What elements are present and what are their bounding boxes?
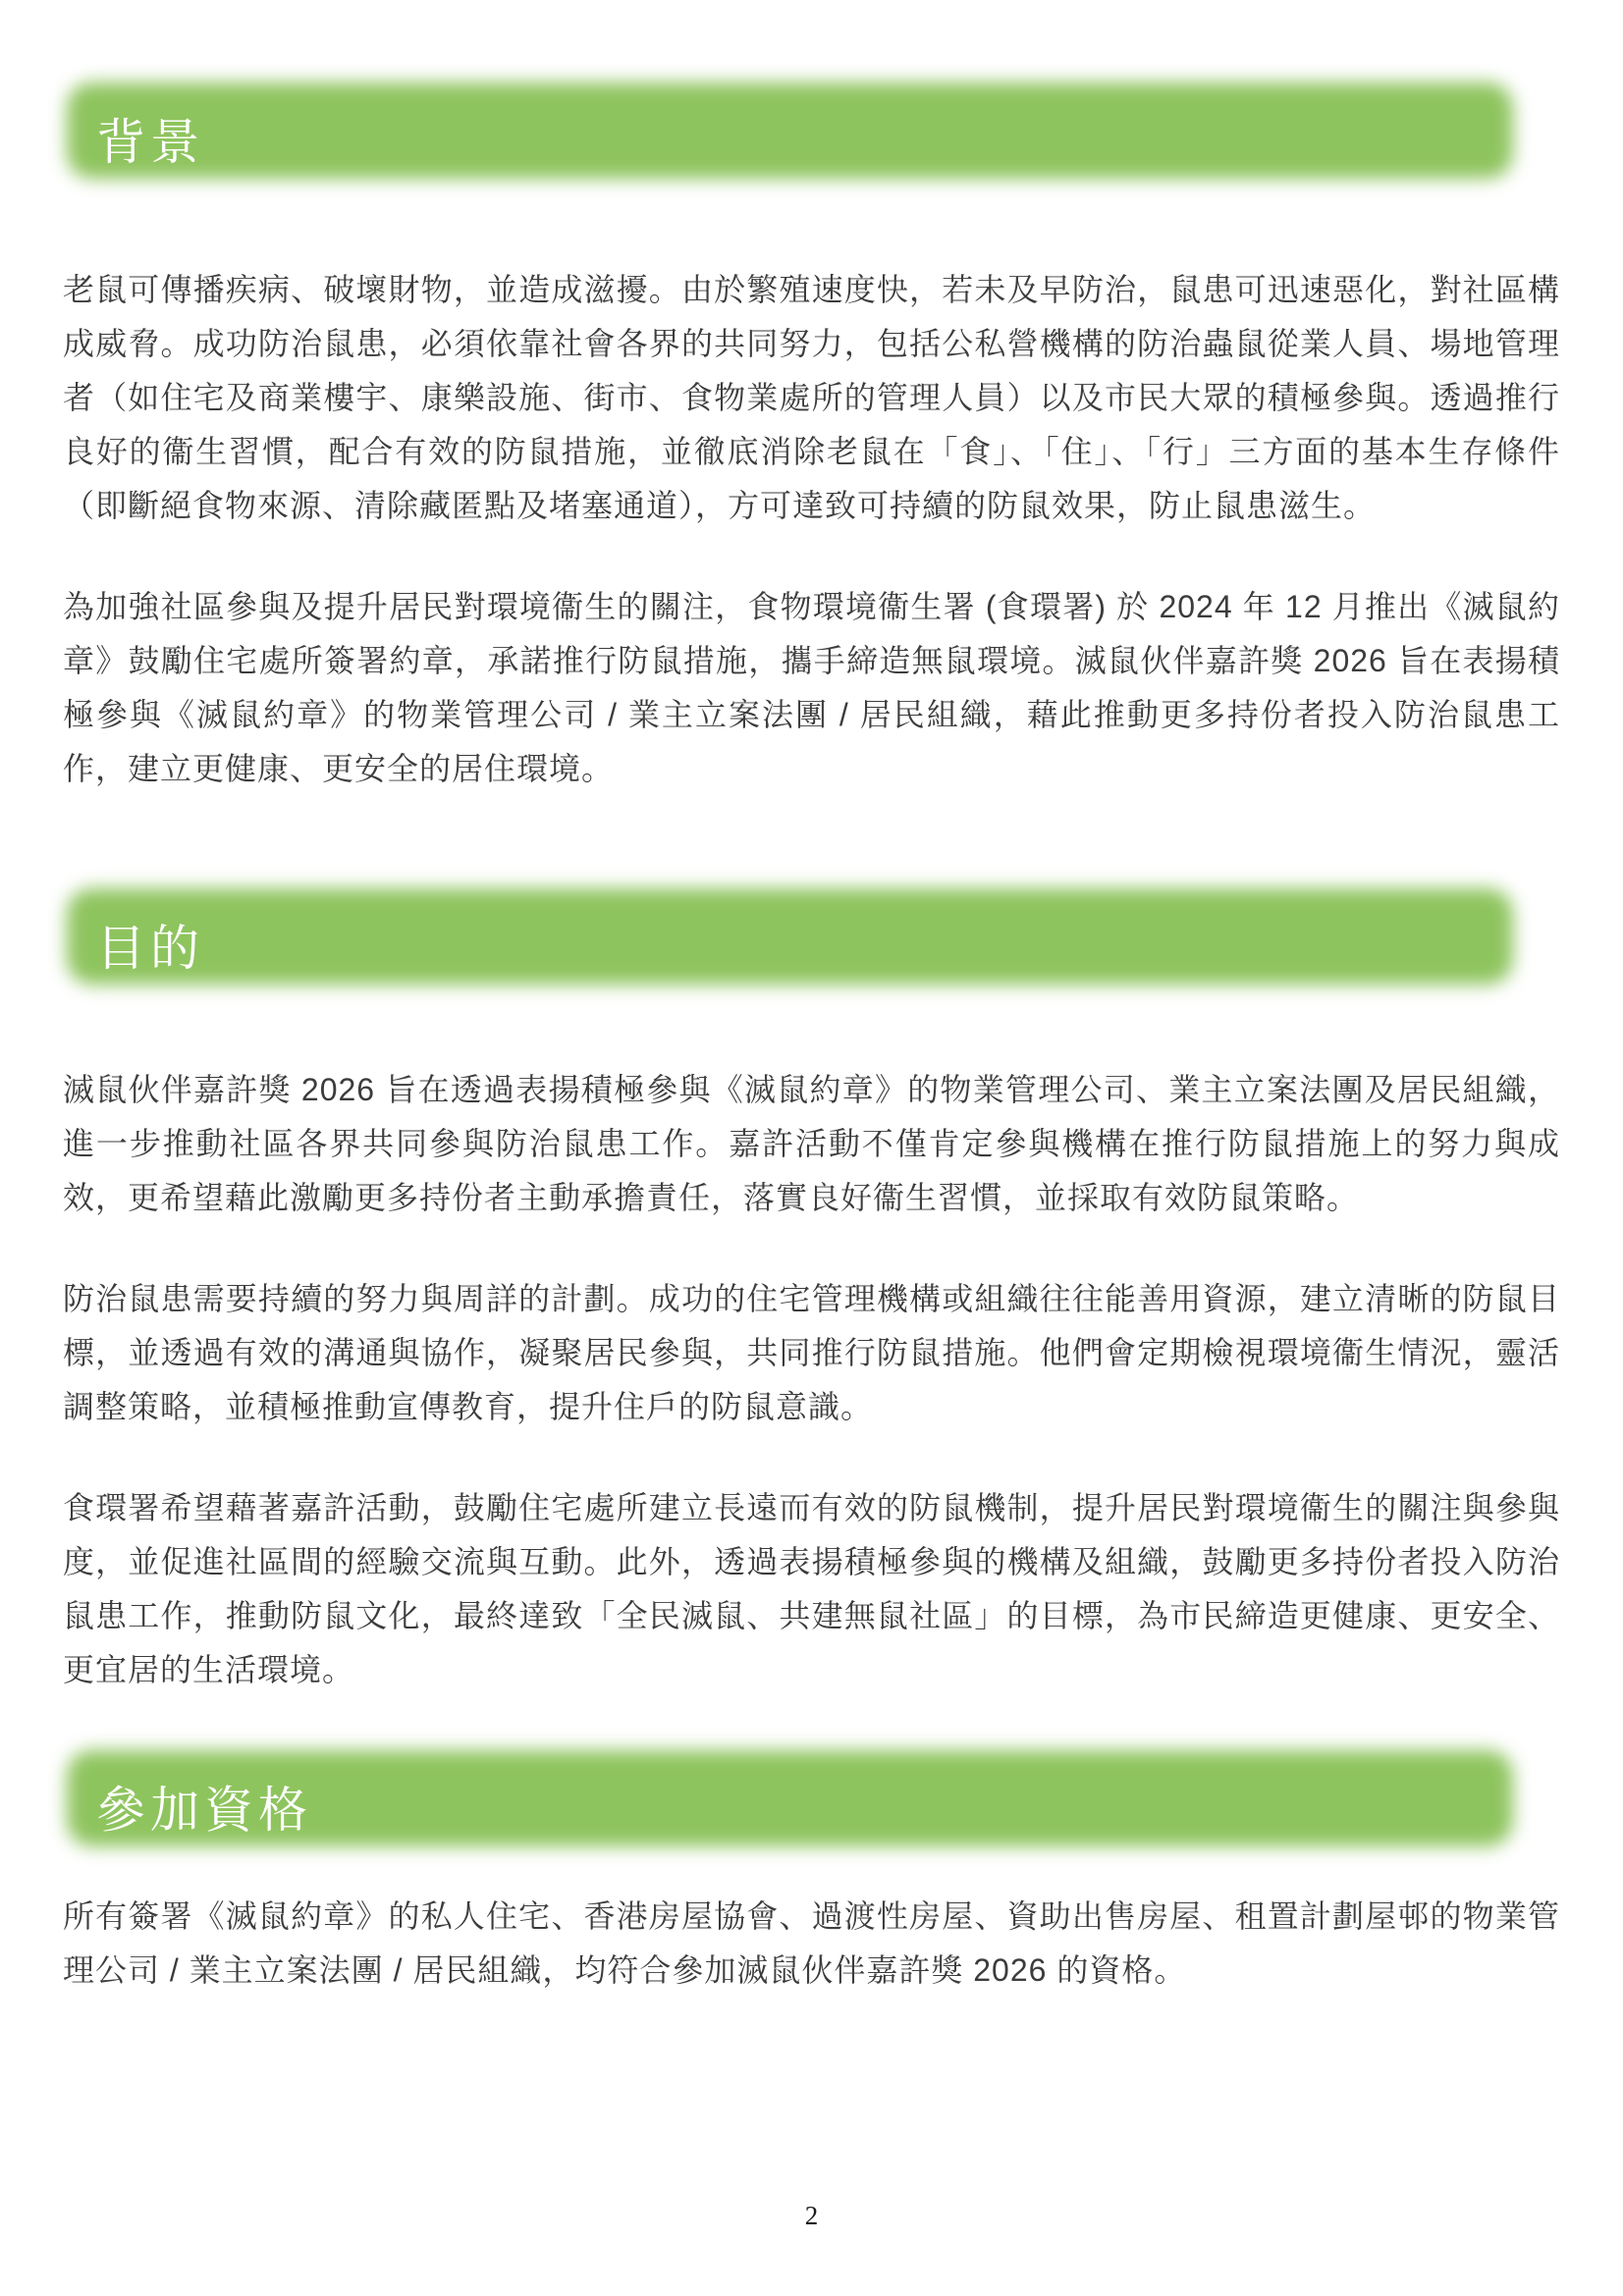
paragraph: 所有簽署《滅鼠約章》的私人住宅、香港房屋協會、過渡性房屋、資助出售房屋、租置計劃… (63, 1890, 1560, 1998)
paragraph: 食環署希望藉著嘉許活動，鼓勵住宅處所建立長遠而有效的防鼠機制，提升居民對環境衞生… (63, 1481, 1560, 1697)
section-banner-purpose: 目的 (63, 882, 1560, 988)
paragraph: 老鼠可傳播疾病、破壞財物，並造成滋擾。由於繁殖速度快，若未及早防治，鼠患可迅速惡… (63, 263, 1560, 533)
section-title: 參加資格 (63, 1744, 1560, 1842)
paragraph: 防治鼠患需要持續的努力與周詳的計劃。成功的住宅管理機構或組織往往能善用資源，建立… (63, 1272, 1560, 1434)
paragraph: 滅鼠伙伴嘉許獎 2026 旨在透過表揚積極參與《滅鼠約章》的物業管理公司、業主立… (63, 1063, 1560, 1225)
paragraph: 為加強社區參與及提升居民對環境衞生的關注，食物環境衞生署 (食環署) 於 202… (63, 580, 1560, 796)
section-title: 目的 (63, 882, 1560, 980)
page-content: 背景 老鼠可傳播疾病、破壞財物，並造成滋擾。由於繁殖速度快，若未及早防治，鼠患可… (0, 77, 1623, 1998)
section-banner-eligibility: 參加資格 (63, 1744, 1560, 1850)
section-banner-background: 背景 (63, 77, 1560, 183)
page-number: 2 (0, 2201, 1623, 2231)
section-title: 背景 (63, 77, 1560, 174)
document-page: 背景 老鼠可傳播疾病、破壞財物，並造成滋擾。由於繁殖速度快，若未及早防治，鼠患可… (0, 0, 1623, 2296)
